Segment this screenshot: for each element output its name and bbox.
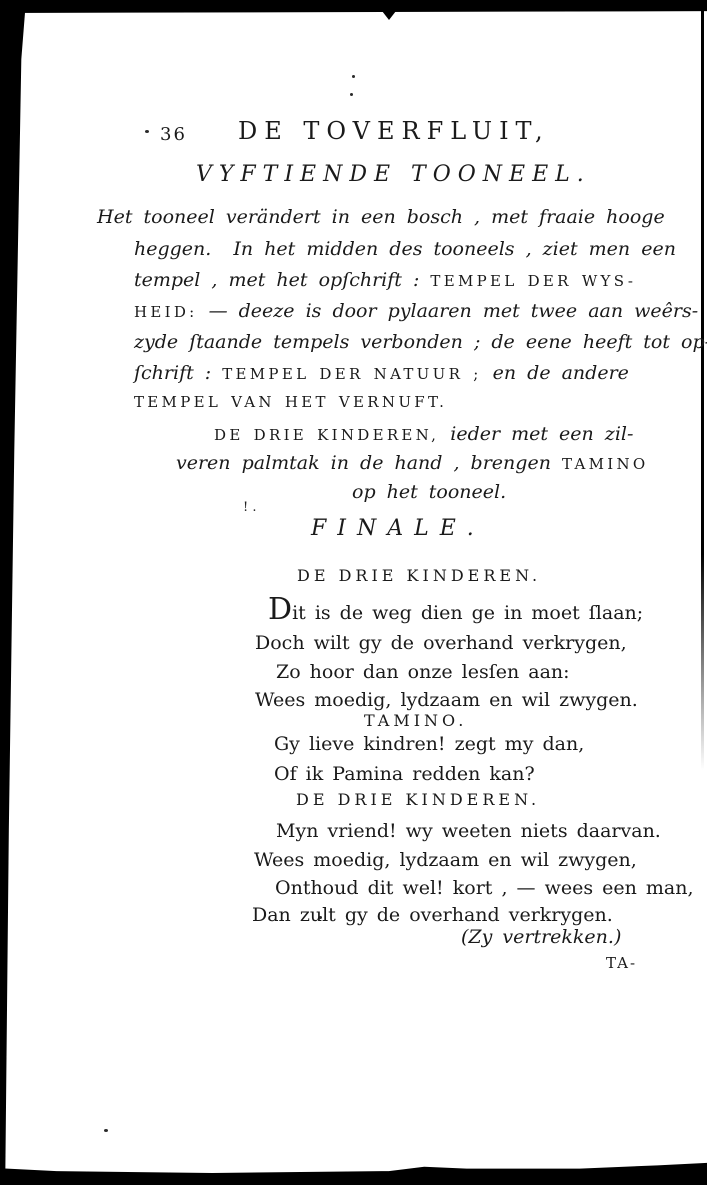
verse-line: Of ik Pamina redden kan? bbox=[274, 763, 535, 785]
stage-direction-line: TEMPEL VAN HET VERNUFT. bbox=[134, 390, 447, 412]
stage-direction-text: heggen. In het midden des tooneels , zie… bbox=[134, 238, 676, 260]
stage-direction-text: en de andere bbox=[482, 362, 629, 384]
scan-border-top bbox=[0, 0, 707, 13]
stage-direction-line: zyde ſtaande tempels verbonden ; de eene… bbox=[134, 331, 707, 353]
exit-stage-direction: (Zy vertrekken.) bbox=[461, 926, 621, 948]
page-number: 36 bbox=[160, 124, 187, 145]
verse-line: Wees moedig, lydzaam en wil zwygen, bbox=[254, 849, 637, 871]
ink-speck bbox=[352, 75, 355, 78]
entrance-direction-text: ieder met een zil- bbox=[439, 423, 633, 445]
verse-line: Wees moedig, lydzaam en wil zwygen. bbox=[255, 689, 638, 711]
stage-direction-line: HEID: — deeze is door pylaaren met twee … bbox=[134, 300, 698, 322]
stage-direction-line: heggen. In het midden des tooneels , zie… bbox=[134, 238, 676, 260]
scanned-book-page: 36 DE TOVERFLUIT, VYFTIENDE TOONEEL. Het… bbox=[0, 0, 707, 1185]
ink-speck bbox=[104, 1129, 108, 1132]
catchword: TA- bbox=[606, 954, 637, 972]
temple-inscription-wysheid: TEMPEL DER WYS- bbox=[430, 272, 636, 290]
entrance-direction-line: veren palmtak in de hand , brengen TAMIN… bbox=[176, 452, 649, 474]
stage-direction-text: ſchrift : bbox=[134, 362, 222, 384]
scan-edge-line-right bbox=[701, 0, 704, 770]
verse-line: Doch wilt gy de overhand verkrygen, bbox=[255, 632, 627, 654]
running-title: DE TOVERFLUIT, bbox=[238, 117, 550, 145]
temple-inscription-natuur: TEMPEL DER NATUUR ; bbox=[222, 365, 481, 383]
verse-line: Onthoud dit wel! kort , — wees een man, bbox=[275, 877, 694, 899]
scan-border-notch bbox=[382, 11, 396, 20]
stage-direction-line: tempel , met het opſchrift : TEMPEL DER … bbox=[134, 269, 636, 291]
verse-line: Dit is de weg dien ge in moet ſlaan; bbox=[268, 600, 643, 624]
entrance-direction-text: veren palmtak in de hand , brengen bbox=[176, 452, 562, 474]
ink-speck bbox=[350, 93, 353, 96]
verse-text: it is de weg dien ge in moet ſlaan; bbox=[292, 602, 643, 624]
stage-direction-text: zyde ſtaande tempels verbonden ; de eene… bbox=[134, 331, 707, 353]
temple-inscription-vernuft: TEMPEL VAN HET VERNUFT. bbox=[134, 393, 447, 411]
character-name-caps: DE DRIE KINDEREN, bbox=[214, 426, 439, 444]
scan-border-left bbox=[0, 0, 26, 1185]
temple-inscription-wysheid: HEID: bbox=[134, 303, 198, 321]
character-name-caps: TAMINO bbox=[562, 455, 649, 473]
scene-heading: VYFTIENDE TOONEEL. bbox=[196, 162, 591, 187]
stage-direction-line: ſchrift : TEMPEL DER NATUUR ; en de ande… bbox=[134, 362, 629, 384]
drop-initial: D bbox=[268, 592, 292, 627]
stage-direction-line: Het tooneel verändert in een bosch , met… bbox=[97, 206, 665, 228]
verse-line: Zo hoor dan onze lesſen aan: bbox=[276, 661, 570, 683]
verse-line: Dan zult gy de overhand verkrygen. bbox=[252, 904, 613, 926]
scan-border-bottom bbox=[0, 1161, 707, 1185]
speaker-heading-tamino: TAMINO. bbox=[364, 711, 467, 730]
stage-direction-text: Het tooneel verändert in een bosch , met… bbox=[97, 206, 665, 228]
finale-heading: FINALE. bbox=[311, 516, 485, 541]
verse-line: Gy lieve kindren! zegt my dan, bbox=[274, 733, 584, 755]
stage-direction-text: — deeze is door pylaaren met twee aan we… bbox=[198, 300, 699, 322]
entrance-direction-text: op het tooneel. bbox=[352, 481, 506, 503]
speaker-heading-children: DE DRIE KINDEREN. bbox=[296, 790, 540, 809]
entrance-direction-line: op het tooneel. bbox=[352, 481, 506, 503]
stage-direction-text: tempel , met het opſchrift : bbox=[134, 269, 430, 291]
entrance-direction-line: DE DRIE KINDEREN, ieder met een zil- bbox=[214, 423, 633, 445]
stray-print-mark: ! . bbox=[243, 500, 257, 515]
speaker-heading-children: DE DRIE KINDEREN. bbox=[297, 566, 541, 585]
ink-speck bbox=[145, 130, 149, 133]
verse-line: Myn vriend! wy weeten niets daarvan. bbox=[276, 820, 661, 842]
